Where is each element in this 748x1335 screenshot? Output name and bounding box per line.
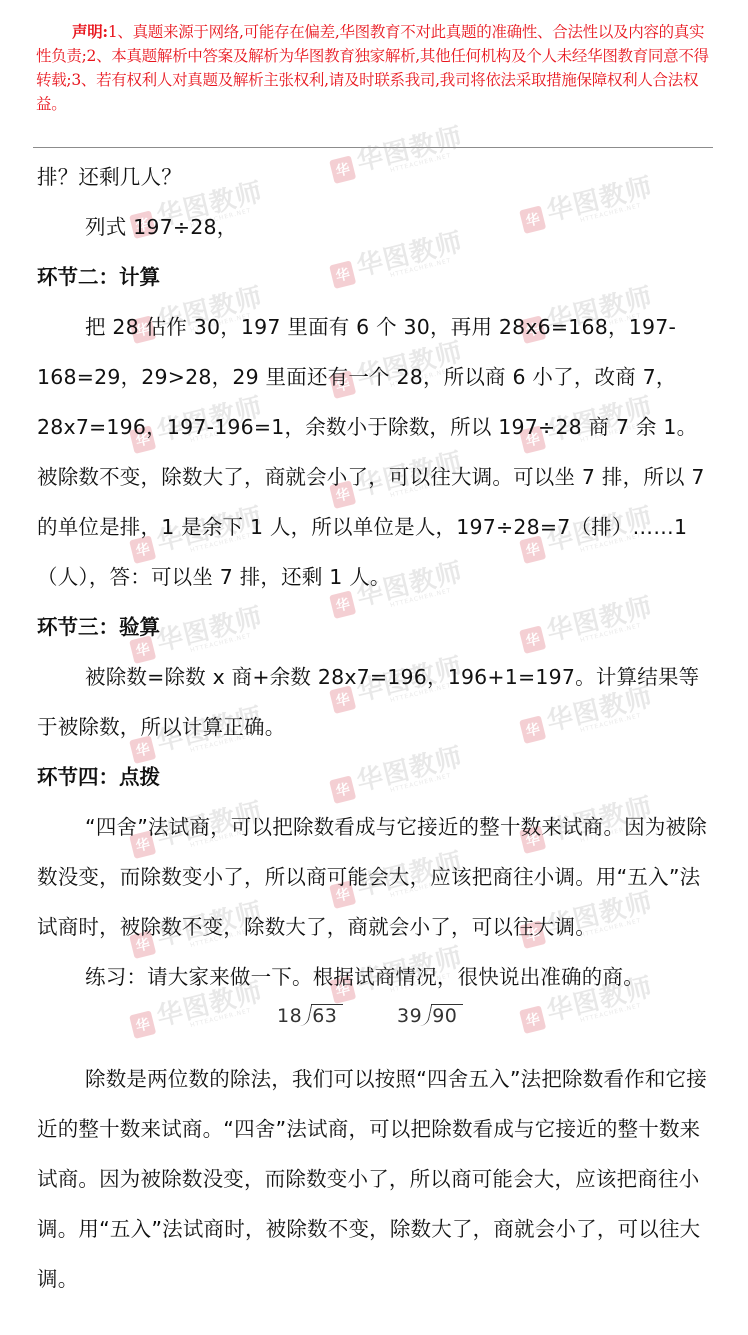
summary-paragraph: 除数是两位数的除法，我们可以按照“四舍五入”法把除数看作和它接近的整十数来试商。…	[37, 1054, 713, 1304]
disclaimer-notice: 声明:1、真题来源于网络,可能存在偏差,华图教育不对此真题的准确性、合法性以及内…	[36, 20, 712, 116]
guidance-paragraph: “四舍”法试商，可以把除数看成与它接近的整十数来试商。因为被除数没变，而除数变小…	[37, 802, 713, 952]
calculation-paragraph: 把 28 估作 30，197 里面有 6 个 30，再用 28x6=168，19…	[37, 302, 713, 602]
formula-line: 列式 197÷28，	[37, 202, 713, 252]
dividend: 63	[311, 1004, 343, 1027]
header-divider	[33, 147, 713, 148]
intro-question-tail: 排？还剩几人？	[37, 152, 713, 202]
section-heading-calculation: 环节二：计算	[37, 252, 713, 302]
disclaimer-text: 1、真题来源于网络,可能存在偏差,华图教育不对此真题的准确性、合法性以及内容的真…	[36, 23, 709, 113]
long-division-problem: 3990	[397, 1000, 463, 1027]
verification-paragraph: 被除数=除数 x 商+余数 28x7=196，196+1=197。计算结果等于被…	[37, 652, 713, 752]
document-body: 排？还剩几人？ 列式 197÷28， 环节二：计算 把 28 估作 30，197…	[37, 152, 713, 1304]
disclaimer-lead: 声明:	[72, 22, 108, 41]
section-heading-guidance: 环节四：点拨	[37, 752, 713, 802]
divisor: 18	[277, 1005, 302, 1027]
long-division-problem: 1863	[277, 1000, 343, 1027]
practice-problems: 1863 3990	[37, 996, 713, 1036]
practice-prompt: 练习：请大家来做一下。根据试商情况，很快说出准确的商。	[37, 952, 713, 1002]
divisor: 39	[397, 1005, 422, 1027]
dividend: 90	[431, 1004, 463, 1027]
section-heading-verification: 环节三：验算	[37, 602, 713, 652]
